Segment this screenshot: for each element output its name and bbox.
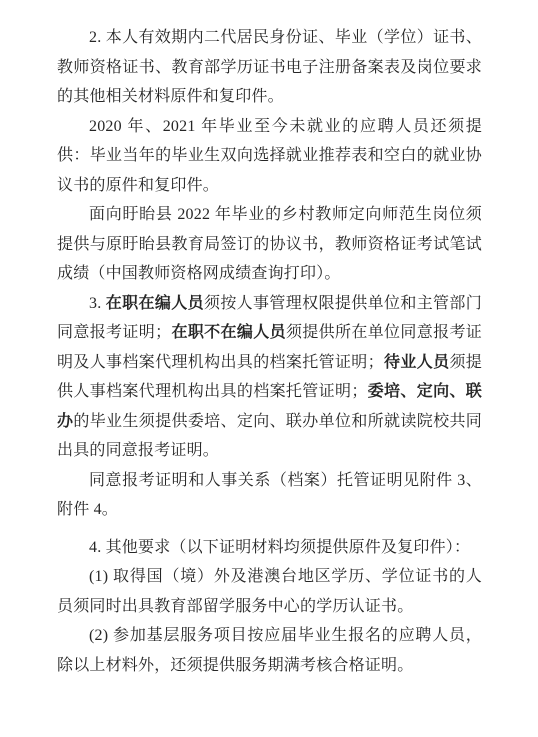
text-run: 2020 年、2021 年毕业至今未就业的应聘人员还须提供：毕业当年的毕业生双向… — [57, 118, 482, 194]
document-body: 2. 本人有效期内二代居民身份证、毕业（学位）证书、教师资格证书、教育部学历证书… — [57, 23, 482, 680]
text-run: 面向盱眙县 2022 年毕业的乡村教师定向师范生岗位须提供与原盱眙县教育局签订的… — [57, 206, 482, 282]
para-item-2: 2. 本人有效期内二代居民身份证、毕业（学位）证书、教师资格证书、教育部学历证书… — [57, 23, 482, 112]
document-page: 2. 本人有效期内二代居民身份证、毕业（学位）证书、教师资格证书、教育部学历证书… — [0, 0, 538, 737]
text-run: (2) 参加基层服务项目按应届毕业生报名的应聘人员，除以上材料外，还须提供服务期… — [57, 627, 482, 674]
para-unemployed-2020-2021: 2020 年、2021 年毕业至今未就业的应聘人员还须提供：毕业当年的毕业生双向… — [57, 112, 482, 201]
para-xuyi-2022-rural-teacher: 面向盱眙县 2022 年毕业的乡村教师定向师范生岗位须提供与原盱眙县教育局签订的… — [57, 200, 482, 289]
para-item-4: 4. 其他要求（以下证明材料均须提供原件及复印件）： — [57, 533, 482, 563]
para-attachments-note: 同意报考证明和人事关系（档案）托管证明见附件 3、附件 4。 — [57, 466, 482, 525]
para-item-3: 3. 在职在编人员须按人事管理权限提供单位和主管部门同意报考证明；在职不在编人员… — [57, 289, 482, 466]
text-run: 的毕业生须提供委培、定向、联办单位和所就读院校共同出具的同意报考证明。 — [57, 413, 482, 460]
text-run: 4. 其他要求（以下证明材料均须提供原件及复印件）： — [89, 539, 470, 556]
bold-text-run: 待业人员 — [384, 354, 450, 371]
text-run: 同意报考证明和人事关系（档案）托管证明见附件 3、附件 4。 — [57, 472, 482, 519]
bold-text-run: 在职不在编人员 — [171, 324, 286, 341]
text-run: 2. 本人有效期内二代居民身份证、毕业（学位）证书、教师资格证书、教育部学历证书… — [57, 29, 482, 105]
para-item-4-sub-2: (2) 参加基层服务项目按应届毕业生报名的应聘人员，除以上材料外，还须提供服务期… — [57, 621, 482, 680]
para-item-4-sub-1: (1) 取得国（境）外及港澳台地区学历、学位证书的人员须同时出具教育部留学服务中… — [57, 562, 482, 621]
text-run: (1) 取得国（境）外及港澳台地区学历、学位证书的人员须同时出具教育部留学服务中… — [57, 568, 482, 615]
text-run: 3. — [89, 295, 106, 312]
bold-text-run: 在职在编人员 — [106, 295, 204, 312]
